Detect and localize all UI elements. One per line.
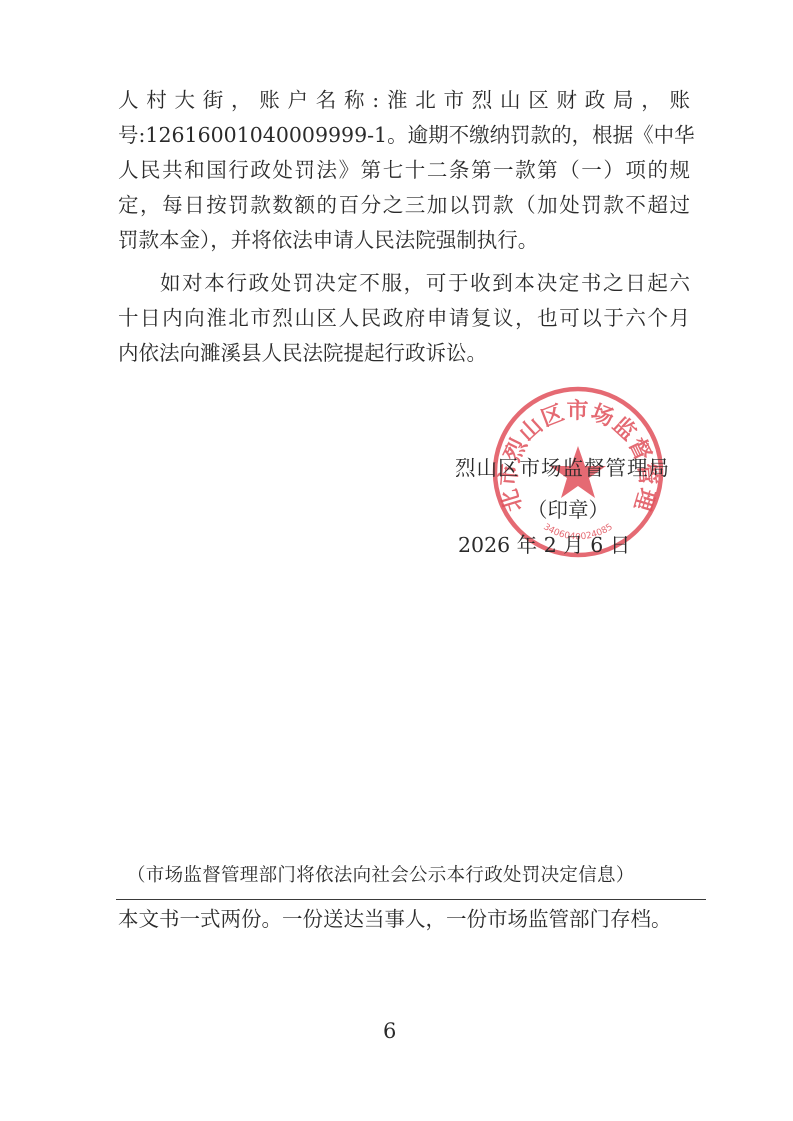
seal-note: （印章） bbox=[527, 497, 609, 523]
text-line: 罚款本金），并将依法申请人民法院强制执行。 bbox=[118, 227, 690, 253]
page-number: 6 bbox=[383, 1018, 396, 1044]
document-page: 人村大街，账户名称:淮北市烈山区财政局，账 号:1261600104000999… bbox=[0, 0, 793, 1121]
text-line: 人村大街，账户名称:淮北市烈山区财政局，账 bbox=[118, 87, 690, 113]
issue-date: 2026 年 2 月 6 日 bbox=[458, 532, 630, 558]
svg-text:淮北市烈山区市场监督管理局: 淮北市烈山区市场监督管理局 bbox=[490, 384, 661, 514]
issuing-agency: 烈山区市场监督管理局 bbox=[455, 455, 670, 481]
publicity-footnote: （市场监督管理部门将依法向社会公示本行政处罚决定信息） bbox=[127, 864, 635, 888]
text-line: 十日内向淮北市烈山区人民政府申请复议，也可以于六个月 bbox=[118, 305, 690, 331]
text-line: 内依法向濉溪县人民法院提起行政诉讼。 bbox=[118, 340, 690, 366]
seal-outer-text: 淮北市烈山区市场监督管理局 bbox=[490, 384, 661, 514]
copies-note: 本文书一式两份。一份送达当事人，一份市场监管部门存档。 bbox=[118, 906, 670, 932]
text-line: 如对本行政处罚决定不服，可于收到本决定书之日起六 bbox=[160, 270, 690, 296]
text-line: 号:12616001040009999-1。逾期不缴纳罚款的，根据《中华 bbox=[118, 122, 690, 148]
divider-line bbox=[116, 899, 706, 900]
text-line: 人民共和国行政处罚法》第七十二条第一款第（一）项的规 bbox=[118, 157, 690, 183]
text-line: 定，每日按罚款数额的百分之三加以罚款（加处罚款不超过 bbox=[118, 192, 690, 218]
